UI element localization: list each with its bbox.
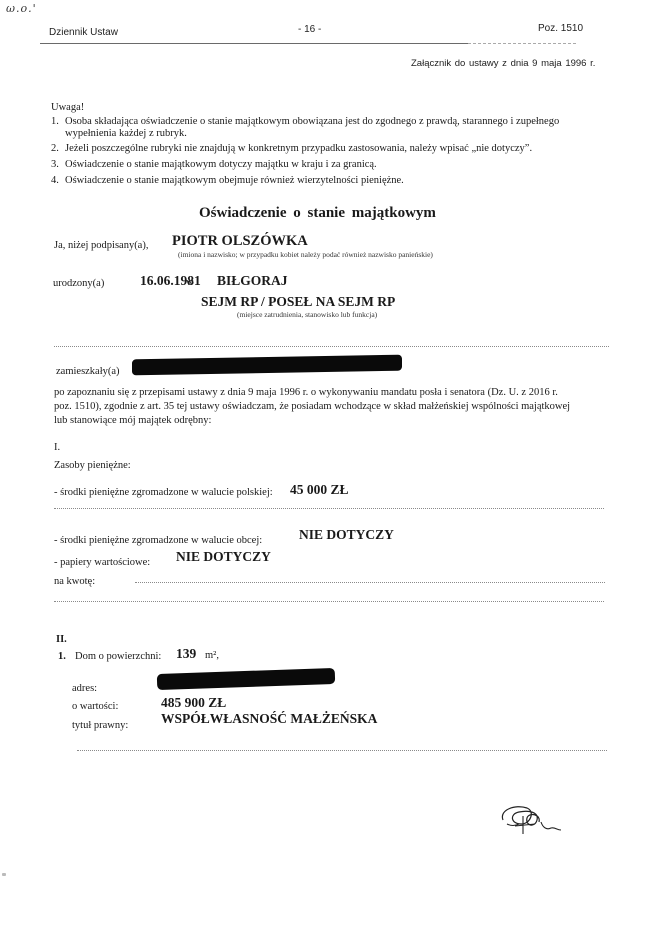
- house-item-number: 1.: [58, 651, 66, 662]
- note-number: 3.: [51, 158, 65, 171]
- header-divider-faded: [468, 43, 576, 44]
- address-label: adres:: [72, 683, 97, 694]
- amount-label: na kwotę:: [54, 576, 95, 587]
- section-2-number: II.: [56, 634, 67, 645]
- page-number: - 16 -: [298, 24, 321, 35]
- signature-icon: [495, 802, 565, 842]
- house-area-value: 139: [176, 646, 196, 662]
- born-label: urodzony(a): [53, 278, 104, 289]
- securities-label: - papiery wartościowe:: [54, 557, 150, 568]
- scan-speck: [2, 873, 6, 876]
- fx-funds-value: NIE DOTYCZY: [299, 527, 394, 543]
- intro-paragraph-line: po zapoznaniu się z przepisami ustawy z …: [54, 386, 558, 400]
- section-1-number: I.: [54, 442, 60, 453]
- note-text: Jeżeli poszczególne rubryki nie znajdują…: [65, 143, 532, 154]
- declarant-name: PIOTR OLSZÓWKA: [172, 233, 308, 250]
- securities-value: NIE DOTYCZY: [176, 549, 271, 565]
- notes-title: Uwaga!: [51, 101, 84, 114]
- fx-funds-label: - środki pieniężne zgromadzone w walucie…: [54, 535, 262, 546]
- legal-title-value: WSPÓŁWŁASNOŚĆ MAŁŻEŃSKA: [161, 711, 377, 727]
- position-number: Poz. 1510: [538, 23, 583, 34]
- house-area-unit: m²,: [205, 650, 219, 661]
- birth-place: BIŁGORAJ: [217, 273, 288, 289]
- document-title: Oświadczenie o stanie majątkowym: [199, 205, 436, 222]
- note-item: 4.Oświadczenie o stanie majątkowym obejm…: [51, 174, 404, 187]
- address-redaction: [157, 668, 335, 690]
- annex-note: Załącznik do ustawy z dnia 9 maja 1996 r…: [411, 58, 595, 69]
- intro-paragraph-line: lub stanowiące mój majątek odrębny:: [54, 414, 211, 428]
- worth-label: o wartości:: [72, 701, 118, 712]
- dotted-fill-line: [54, 508, 604, 509]
- note-text: Osoba składająca oświadczenie o stanie m…: [65, 116, 559, 127]
- residence-label: zamieszkały(a): [56, 366, 120, 377]
- pln-funds-value: 45 000 ZŁ: [290, 482, 349, 498]
- legal-title-label: tytuł prawny:: [72, 720, 128, 731]
- dotted-fill-line: [77, 750, 607, 751]
- employment-value: SEJM RP / POSEŁ NA SEJM RP: [201, 294, 395, 310]
- section-1-heading: Zasoby pieniężne:: [54, 460, 131, 471]
- intro-paragraph-line: poz. 1510), zgodnie z art. 35 tej ustawy…: [54, 400, 570, 414]
- house-area-label: Dom o powierzchni:: [75, 651, 161, 662]
- note-text: Oświadczenie o stanie majątkowym dotyczy…: [65, 159, 377, 170]
- born-in-label: w: [186, 277, 194, 288]
- note-number: 4.: [51, 174, 65, 187]
- journal-name: Dziennik Ustaw: [49, 27, 118, 38]
- name-field-note: (imiona i nazwisko; w przypadku kobiet n…: [178, 250, 433, 259]
- dotted-fill-line: [135, 582, 605, 583]
- note-item: 2.Jeżeli poszczególne rubryki nie znajdu…: [51, 142, 532, 155]
- note-item: 3.Oświadczenie o stanie majątkowym dotyc…: [51, 158, 377, 171]
- note-text: Oświadczenie o stanie majątkowym obejmuj…: [65, 175, 404, 186]
- note-text-continued: wypełnienia każdej z rubryk.: [65, 127, 187, 140]
- signed-label: Ja, niżej podpisany(a),: [54, 240, 148, 251]
- note-number: 2.: [51, 142, 65, 155]
- pln-funds-label: - środki pieniężne zgromadzone w walucie…: [54, 487, 273, 498]
- worth-value: 485 900 ZŁ: [161, 695, 226, 711]
- employment-note: (miejsce zatrudnienia, stanowisko lub fu…: [237, 310, 377, 319]
- handwritten-mark: ω.ο.': [6, 2, 37, 15]
- residence-redaction: [132, 355, 402, 376]
- dotted-fill-line: [54, 601, 604, 602]
- header-divider: [40, 43, 468, 44]
- note-number: 1.: [51, 115, 65, 128]
- dotted-fill-line: [54, 346, 609, 347]
